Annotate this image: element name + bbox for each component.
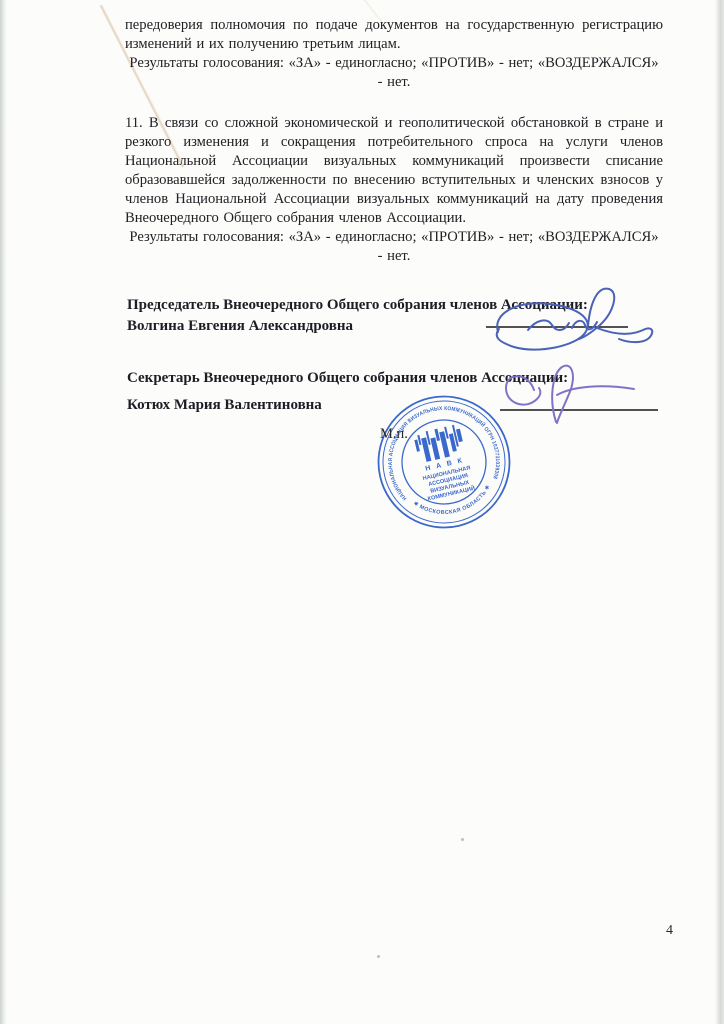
seal-mark: М.п. <box>380 426 408 443</box>
paragraph-gap <box>125 92 663 114</box>
paragraph-item-11: 11. В связи со сложной экономической и г… <box>125 114 663 228</box>
chairman-signature-ink <box>497 289 653 350</box>
scan-edge-right <box>715 0 724 1024</box>
scan-speck <box>377 955 380 958</box>
document-text-column: передоверия полномочия по подаче докумен… <box>125 16 663 266</box>
paragraph-carryover: передоверия полномочия по подаче докумен… <box>125 16 663 54</box>
scan-speck <box>461 838 464 841</box>
secretary-signature <box>480 360 680 430</box>
scan-edge-left <box>0 0 7 1024</box>
chairman-name: Волгина Евгения Александровна <box>127 318 353 335</box>
page-number: 4 <box>666 923 673 939</box>
scanned-document-page: { "page_number": "4", "paragraphs": [ { … <box>0 0 724 1024</box>
secretary-name: Котюх Мария Валентиновна <box>127 397 322 414</box>
chairman-signature <box>468 280 663 365</box>
secretary-signature-ink <box>506 366 634 423</box>
voting-results-1: Результаты голосования: «ЗА» - единоглас… <box>125 54 663 92</box>
voting-results-2: Результаты голосования: «ЗА» - единоглас… <box>125 228 663 266</box>
